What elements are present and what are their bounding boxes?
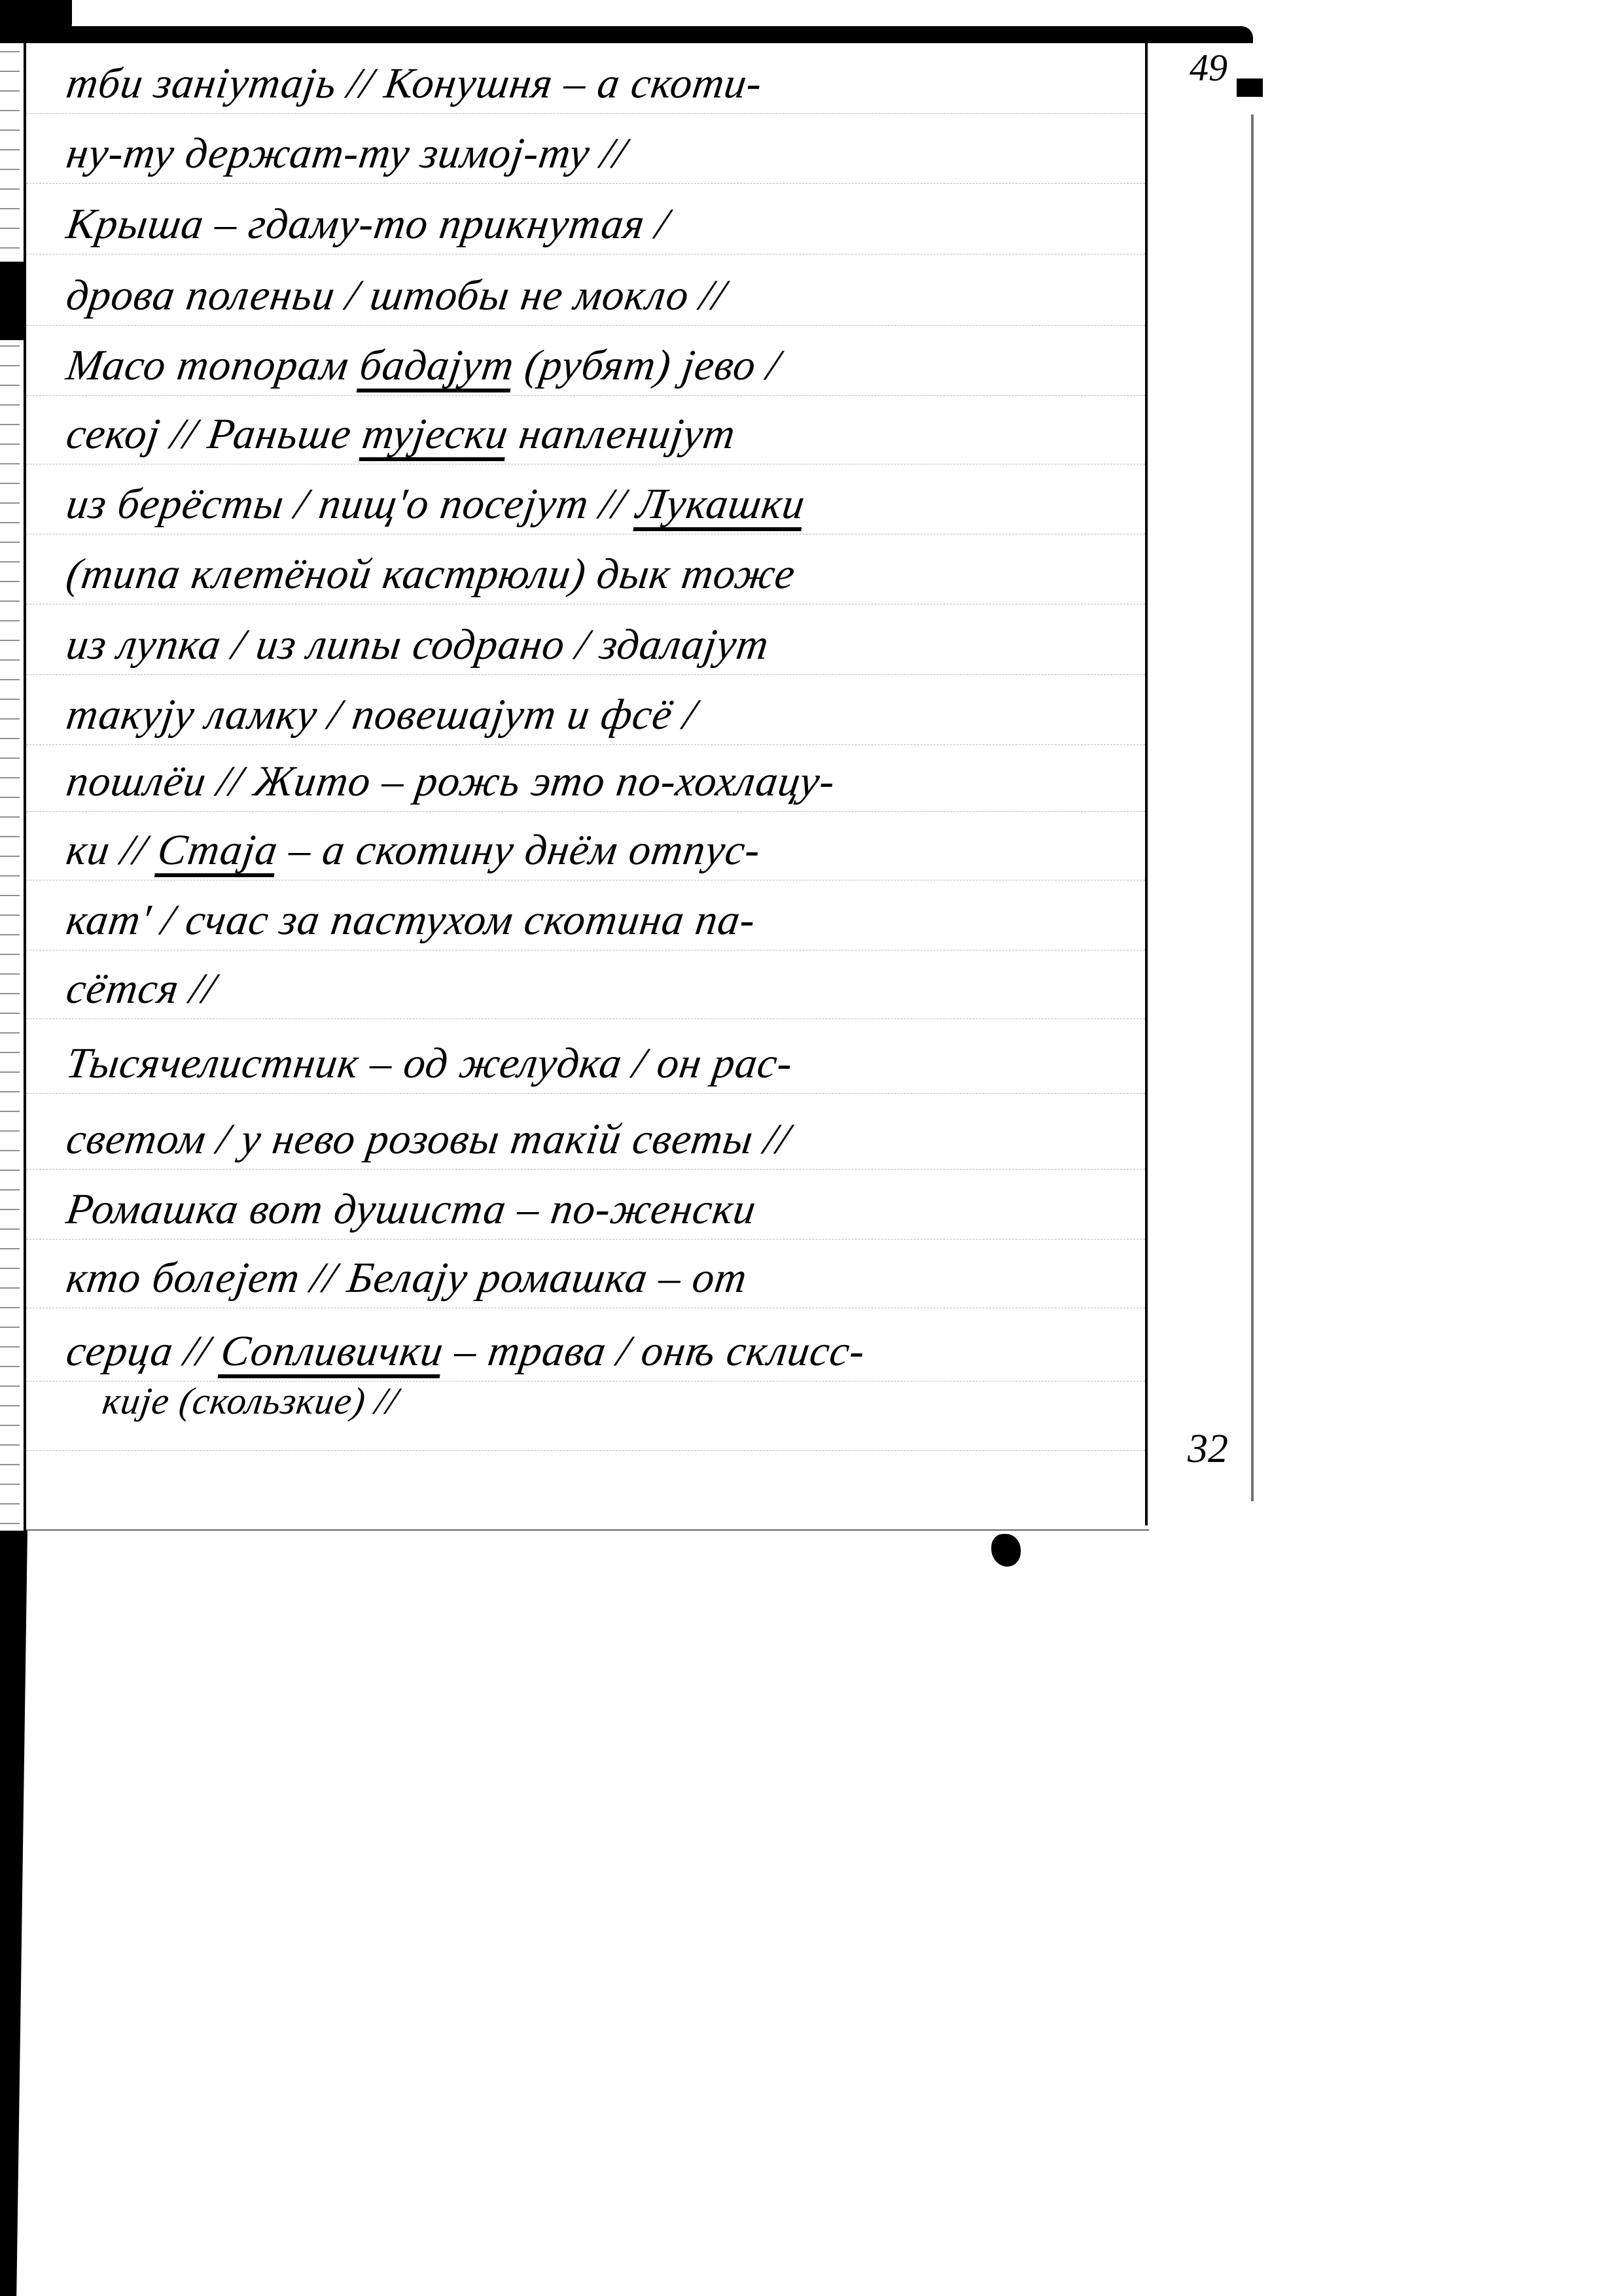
ruled-line bbox=[26, 811, 1145, 812]
handwritten-line: из лупка / из липы содрано / здалајут bbox=[62, 612, 1151, 678]
handwritten-line: кат' / счас за пастухом скотина па- bbox=[62, 888, 1151, 953]
ruled-line bbox=[26, 950, 1145, 951]
handwritten-line: кто болејет // Белају ромашка – от bbox=[62, 1245, 1151, 1311]
line-text: ну-ту держат-ту зимој-ту // bbox=[63, 130, 630, 177]
line-text: (рубят) јево / bbox=[510, 341, 783, 389]
handwritten-line: (типа клетёной кастрюли) дык тоже bbox=[62, 542, 1151, 607]
handwritten-line: Крыша – гдаму-то прикнутая / bbox=[62, 192, 1151, 257]
ruled-line bbox=[26, 744, 1145, 746]
underlined-term: бадајут bbox=[357, 341, 517, 389]
line-text: дрова поленьи / штобы не мокло // bbox=[63, 271, 729, 319]
line-text: ки // bbox=[63, 826, 162, 874]
handwritten-line: Тысячелистник – од желудка / он рас- bbox=[62, 1031, 1151, 1096]
handwritten-line: Ромашка вот душиста – по-женски bbox=[62, 1177, 1151, 1242]
line-text: кије (скользкие) // bbox=[100, 1380, 401, 1422]
page-corner-tab bbox=[1237, 78, 1263, 97]
binding-mark bbox=[0, 262, 26, 340]
handwritten-line: ну-ту держат-ту зимој-ту // bbox=[62, 121, 1151, 186]
page-right-edge bbox=[1251, 114, 1254, 1501]
ruled-line bbox=[26, 254, 1145, 255]
handwritten-line: ки // Стаја – а скотину днём отпус- bbox=[62, 818, 1151, 883]
line-text: кто болејет // Белају ромашка – от bbox=[63, 1254, 751, 1302]
ruled-line bbox=[26, 880, 1145, 881]
ruled-line bbox=[26, 1018, 1145, 1020]
ruled-line bbox=[26, 1308, 1145, 1309]
handwritten-line: из берёсты / пищ'о посејут // Лукашки bbox=[62, 472, 1151, 537]
ruled-line bbox=[26, 183, 1145, 184]
ruled-line bbox=[26, 1450, 1145, 1452]
ruled-line bbox=[26, 464, 1145, 465]
line-text: кат' / счас за пастухом скотина па- bbox=[63, 896, 759, 944]
handwritten-line: кије (скользкие) // bbox=[98, 1368, 1187, 1434]
line-text: Ромашка вот душиста – по-женски bbox=[63, 1185, 759, 1233]
line-text: пошлёи // Жито – рожь это по-хохлацу- bbox=[63, 757, 838, 805]
margin-note: 32 bbox=[1188, 1426, 1228, 1472]
handwritten-line: такују ламку / повешајут и фсё / bbox=[62, 682, 1151, 748]
line-text: светом / у нево розовы такій светы // bbox=[63, 1115, 793, 1163]
handwritten-line: секој // Раньше тујески напленијут bbox=[62, 402, 1151, 467]
handwritten-line: сётся // bbox=[62, 956, 1151, 1022]
scanned-notebook-page: 49 32 тби заніутајь // Конушня – а скоти… bbox=[0, 0, 1607, 2296]
ruled-line bbox=[26, 534, 1145, 535]
underlined-term: Лукашки bbox=[633, 480, 808, 528]
line-text: Крыша – гдаму-то прикнутая / bbox=[63, 200, 672, 248]
ruled-line bbox=[26, 1381, 1145, 1382]
line-text: из лупка / из липы содрано / здалајут bbox=[63, 621, 772, 669]
ruled-line bbox=[26, 113, 1145, 114]
ruled-line bbox=[26, 325, 1145, 326]
ruled-line bbox=[26, 1093, 1145, 1094]
page-top-edge bbox=[0, 26, 1253, 43]
line-text: Масо топорам bbox=[63, 341, 364, 389]
line-text: из берёсты / пищ'о посејут // bbox=[63, 480, 640, 528]
line-text: (типа клетёной кастрюли) дык тоже bbox=[63, 550, 798, 598]
handwritten-line: светом / у нево розовы такій светы // bbox=[62, 1107, 1151, 1172]
underlined-term: Стаја bbox=[155, 826, 281, 874]
handwritten-line: тби заніутајь // Конушня – а скоти- bbox=[62, 51, 1151, 116]
line-text: Тысячелистник – од желудка / он рас- bbox=[63, 1039, 796, 1087]
ruled-line bbox=[26, 1169, 1145, 1170]
binding-shadow-bottom bbox=[0, 1531, 27, 2296]
left-margin-rule bbox=[24, 43, 26, 1535]
handwritten-line: пошлёи // Жито – рожь это по-хохлацу- bbox=[62, 749, 1151, 814]
ruled-line bbox=[26, 604, 1145, 605]
line-text: секој // Раньше bbox=[63, 410, 366, 458]
ruled-line bbox=[26, 395, 1145, 396]
underlined-term: тујески bbox=[359, 410, 512, 458]
line-text: – а скотину днём отпус- bbox=[274, 826, 764, 874]
ruled-line bbox=[26, 674, 1145, 676]
ink-blot bbox=[991, 1534, 1021, 1567]
ruled-line bbox=[26, 1239, 1145, 1240]
line-text: сётся // bbox=[63, 965, 219, 1013]
line-text: напленијут bbox=[505, 410, 739, 458]
handwritten-line: Масо топорам бадајут (рубят) јево / bbox=[62, 333, 1151, 398]
page-number: 49 bbox=[1190, 46, 1227, 90]
handwritten-line: дрова поленьи / штобы не мокло // bbox=[62, 263, 1151, 328]
page-bottom-edge bbox=[24, 1529, 1149, 1531]
line-text: тби заніутајь // Конушня – а скоти- bbox=[63, 60, 766, 107]
line-text: такују ламку / повешајут и фсё / bbox=[63, 691, 700, 739]
